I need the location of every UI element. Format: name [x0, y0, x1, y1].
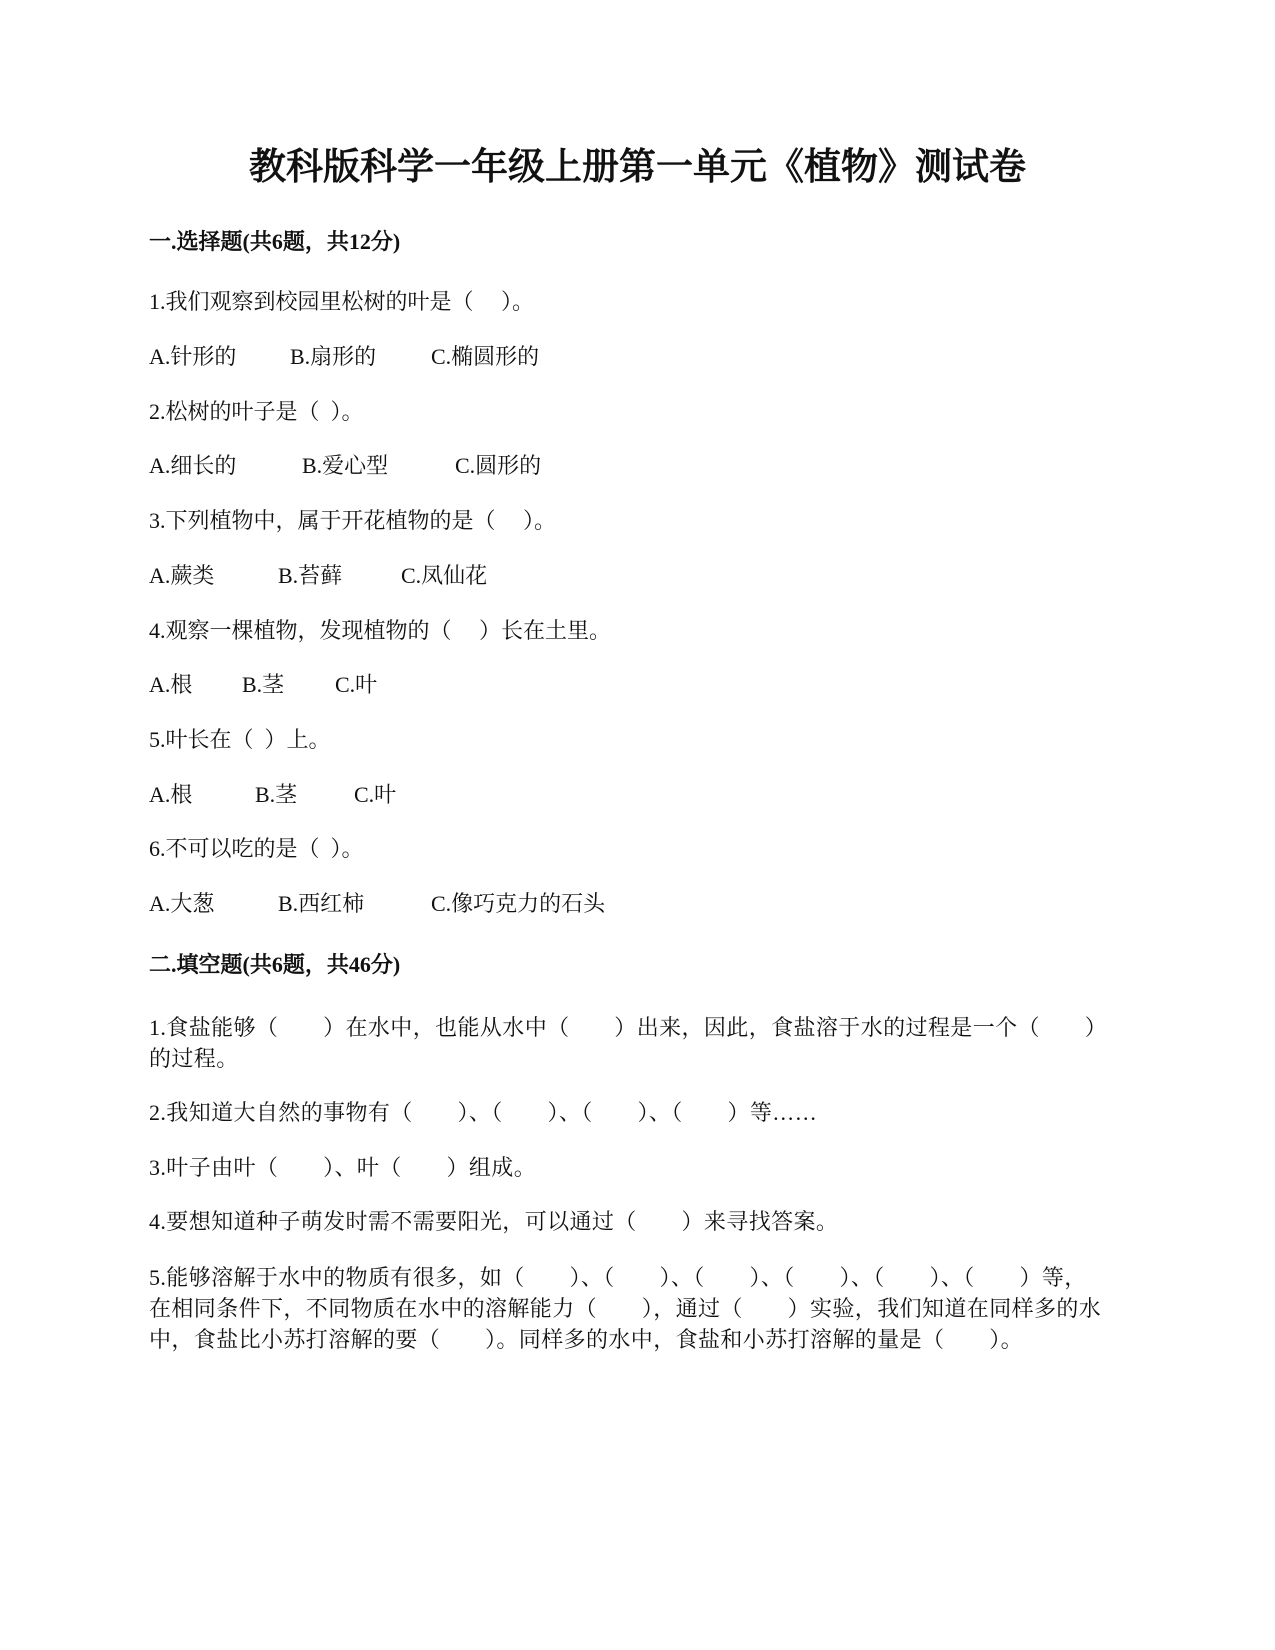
question-stem: 2.松树的叶子是（ ）。 [149, 397, 364, 427]
option-a: A.大葱 [149, 889, 278, 919]
question-stem: 3.下列植物中，属于开花植物的是（ ）。 [149, 506, 556, 536]
option-c: C.像巧克力的石头 [431, 889, 605, 919]
section-heading-fill-in: 二.填空题(共6题，共46分) [149, 950, 400, 980]
option-b: B.爱心型 [302, 451, 455, 481]
option-b: B.扇形的 [290, 342, 431, 372]
section-heading-multiple-choice: 一.选择题(共6题，共12分) [149, 227, 400, 257]
question-stem: 4.观察一棵植物，发现植物的（ ）长在土里。 [149, 616, 611, 646]
question-options: A.大葱B.西红柿C.像巧克力的石头 [149, 889, 605, 919]
question-options: A.蕨类B.苔藓C.凤仙花 [149, 561, 487, 591]
fill-question: 4.要想知道种子萌发时需不需要阳光，可以通过（ ）来寻找答案。 [149, 1206, 1109, 1237]
option-b: B.苔藓 [278, 561, 401, 591]
question-options: A.细长的B.爱心型C.圆形的 [149, 451, 541, 481]
page-title: 教科版科学一年级上册第一单元《植物》测试卷 [0, 140, 1275, 196]
option-a: A.细长的 [149, 451, 302, 481]
question-options: A.根B.茎C.叶 [149, 670, 377, 700]
fill-question: 5.能够溶解于水中的物质有很多，如（ ）、（ ）、（ ）、（ ）、（ ）、（ ）… [149, 1262, 1109, 1355]
option-b: B.茎 [242, 670, 335, 700]
option-a: A.根 [149, 670, 242, 700]
option-c: C.凤仙花 [401, 561, 487, 591]
question-stem: 5.叶长在（ ）上。 [149, 725, 331, 755]
option-c: C.圆形的 [455, 451, 541, 481]
fill-question: 2.我知道大自然的事物有（ ）、（ ）、（ ）、（ ）等…… [149, 1097, 1109, 1128]
option-c: C.椭圆形的 [431, 342, 539, 372]
option-c: C.叶 [354, 780, 396, 810]
fill-question: 1.食盐能够（ ）在水中，也能从水中（ ）出来，因此，食盐溶于水的过程是一个（ … [149, 1012, 1109, 1074]
option-b: B.西红柿 [278, 889, 431, 919]
option-a: A.根 [149, 780, 255, 810]
option-a: A.针形的 [149, 342, 290, 372]
question-stem: 6.不可以吃的是（ ）。 [149, 834, 364, 864]
question-options: A.根B.茎C.叶 [149, 780, 396, 810]
option-a: A.蕨类 [149, 561, 278, 591]
question-options: A.针形的B.扇形的C.椭圆形的 [149, 342, 539, 372]
option-b: B.茎 [255, 780, 354, 810]
fill-question: 3.叶子由叶（ ）、叶（ ）组成。 [149, 1152, 1109, 1183]
option-c: C.叶 [335, 670, 377, 700]
question-stem: 1.我们观察到校园里松树的叶是（ ）。 [149, 287, 534, 317]
